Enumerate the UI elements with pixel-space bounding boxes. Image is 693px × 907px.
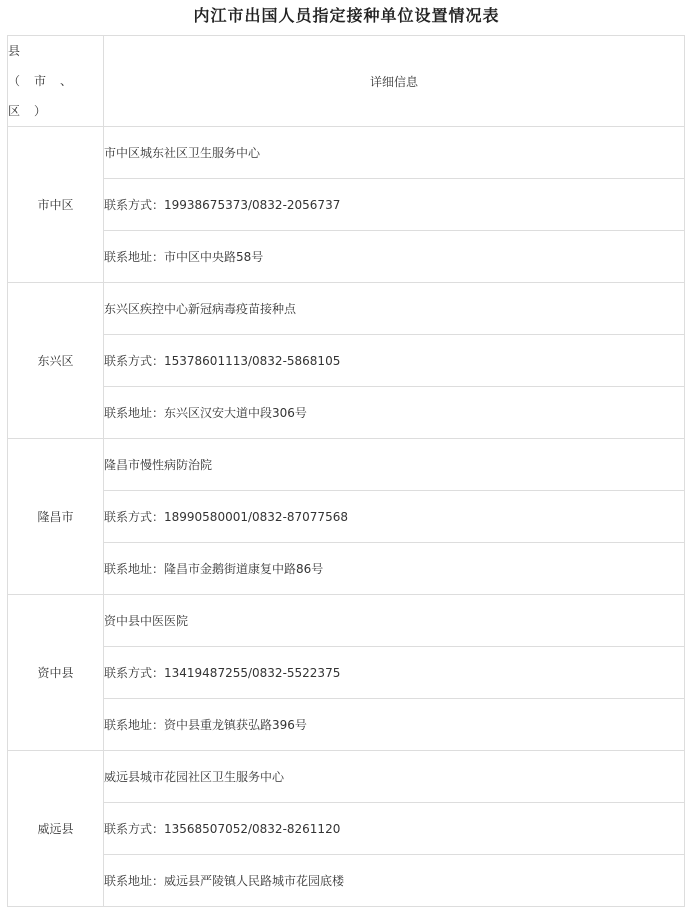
table-row: 联系方式：15378601113/0832-5868105 xyxy=(8,335,685,387)
table-row: 联系方式：19938675373/0832-2056737 xyxy=(8,179,685,231)
site-address-cell: 联系地址：威远县严陵镇人民路城市花园底楼 xyxy=(104,855,685,894)
site-phone-cell: 联系方式：18990580001/0832-87077568 xyxy=(104,491,685,543)
table-row: 市中区 市中区城东社区卫生服务中心 xyxy=(8,127,685,179)
site-name-cell: 威远县城市花园社区卫生服务中心 xyxy=(104,751,685,803)
table-row: 联系地址：威远县严陵镇人民路城市花园底楼 xyxy=(8,855,685,894)
table-row: 联系地址：市中区中央路58号 xyxy=(8,231,685,283)
site-name-cell: 隆昌市慢性病防治院 xyxy=(104,439,685,491)
site-name-cell: 市中区城东社区卫生服务中心 xyxy=(104,127,685,179)
vaccination-sites-table: 县（市、区） 详细信息 市中区 市中区城东社区卫生服务中心 联系方式：19938… xyxy=(7,35,685,893)
site-phone-cell: 联系方式：15378601113/0832-5868105 xyxy=(104,335,685,387)
site-address-cell: 联系地址：资中县重龙镇获弘路396号 xyxy=(104,699,685,751)
region-cell: 隆昌市 xyxy=(8,439,104,595)
table-row: 联系地址：隆昌市金鹅街道康复中路86号 xyxy=(8,543,685,595)
table-row: 联系地址：东兴区汉安大道中段306号 xyxy=(8,387,685,439)
table-row: 隆昌市 隆昌市慢性病防治院 xyxy=(8,439,685,491)
region-cell: 资中县 xyxy=(8,595,104,751)
region-cell: 威远县 xyxy=(8,751,104,894)
table-row: 东兴区 东兴区疾控中心新冠病毒疫苗接种点 xyxy=(8,283,685,335)
site-phone-cell: 联系方式：13568507052/0832-8261120 xyxy=(104,803,685,855)
site-address-cell: 联系地址：市中区中央路58号 xyxy=(104,231,685,283)
table-row: 联系方式：18990580001/0832-87077568 xyxy=(8,491,685,543)
table-row: 威远县 威远县城市花园社区卫生服务中心 xyxy=(8,751,685,803)
column-header-detail: 详细信息 xyxy=(104,36,685,127)
table-row: 资中县 资中县中医医院 xyxy=(8,595,685,647)
site-name-cell: 资中县中医医院 xyxy=(104,595,685,647)
table-row: 联系方式：13568507052/0832-8261120 xyxy=(8,803,685,855)
site-address-cell: 联系地址：隆昌市金鹅街道康复中路86号 xyxy=(104,543,685,595)
site-phone-cell: 联系方式：13419487255/0832-5522375 xyxy=(104,647,685,699)
site-name-cell: 东兴区疾控中心新冠病毒疫苗接种点 xyxy=(104,283,685,335)
region-cell: 市中区 xyxy=(8,127,104,283)
column-header-region: 县（市、区） xyxy=(8,36,104,127)
table-row: 联系方式：13419487255/0832-5522375 xyxy=(8,647,685,699)
page-title: 内江市出国人员指定接种单位设置情况表 xyxy=(0,4,693,28)
region-cell: 东兴区 xyxy=(8,283,104,439)
table-row: 联系地址：资中县重龙镇获弘路396号 xyxy=(8,699,685,751)
site-address-cell: 联系地址：东兴区汉安大道中段306号 xyxy=(104,387,685,439)
site-phone-cell: 联系方式：19938675373/0832-2056737 xyxy=(104,179,685,231)
table-header-row: 县（市、区） 详细信息 xyxy=(8,36,685,127)
